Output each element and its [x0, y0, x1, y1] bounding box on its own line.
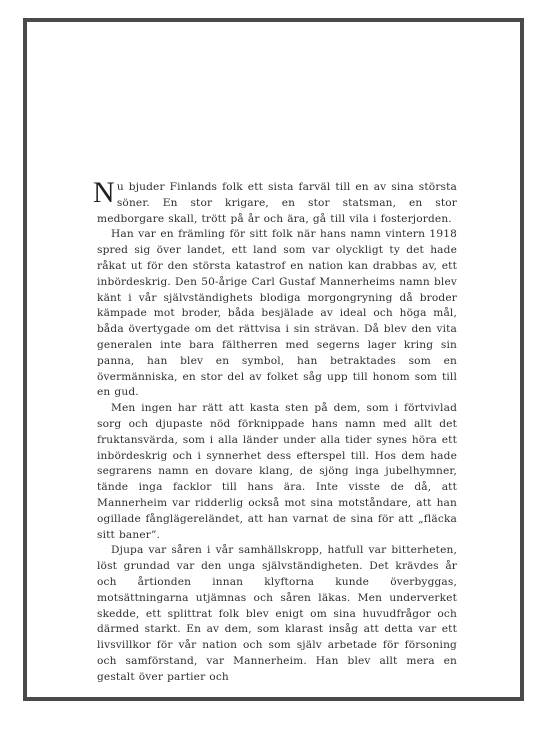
paragraph-1-text: u bjuder Finlands folk ett sista farväl … [97, 181, 457, 225]
paragraph-2: Han var en främling för sitt folk när ha… [97, 227, 457, 401]
paragraph-1: Nu bjuder Finlands folk ett sista farväl… [97, 180, 457, 227]
paragraph-3: Men ingen har rätt att kasta sten på dem… [97, 401, 457, 543]
article-body: Nu bjuder Finlands folk ett sista farväl… [97, 180, 457, 686]
drop-cap: N [93, 181, 115, 205]
paragraph-4: Djupa var såren i vår samhällskropp, hat… [97, 543, 457, 685]
